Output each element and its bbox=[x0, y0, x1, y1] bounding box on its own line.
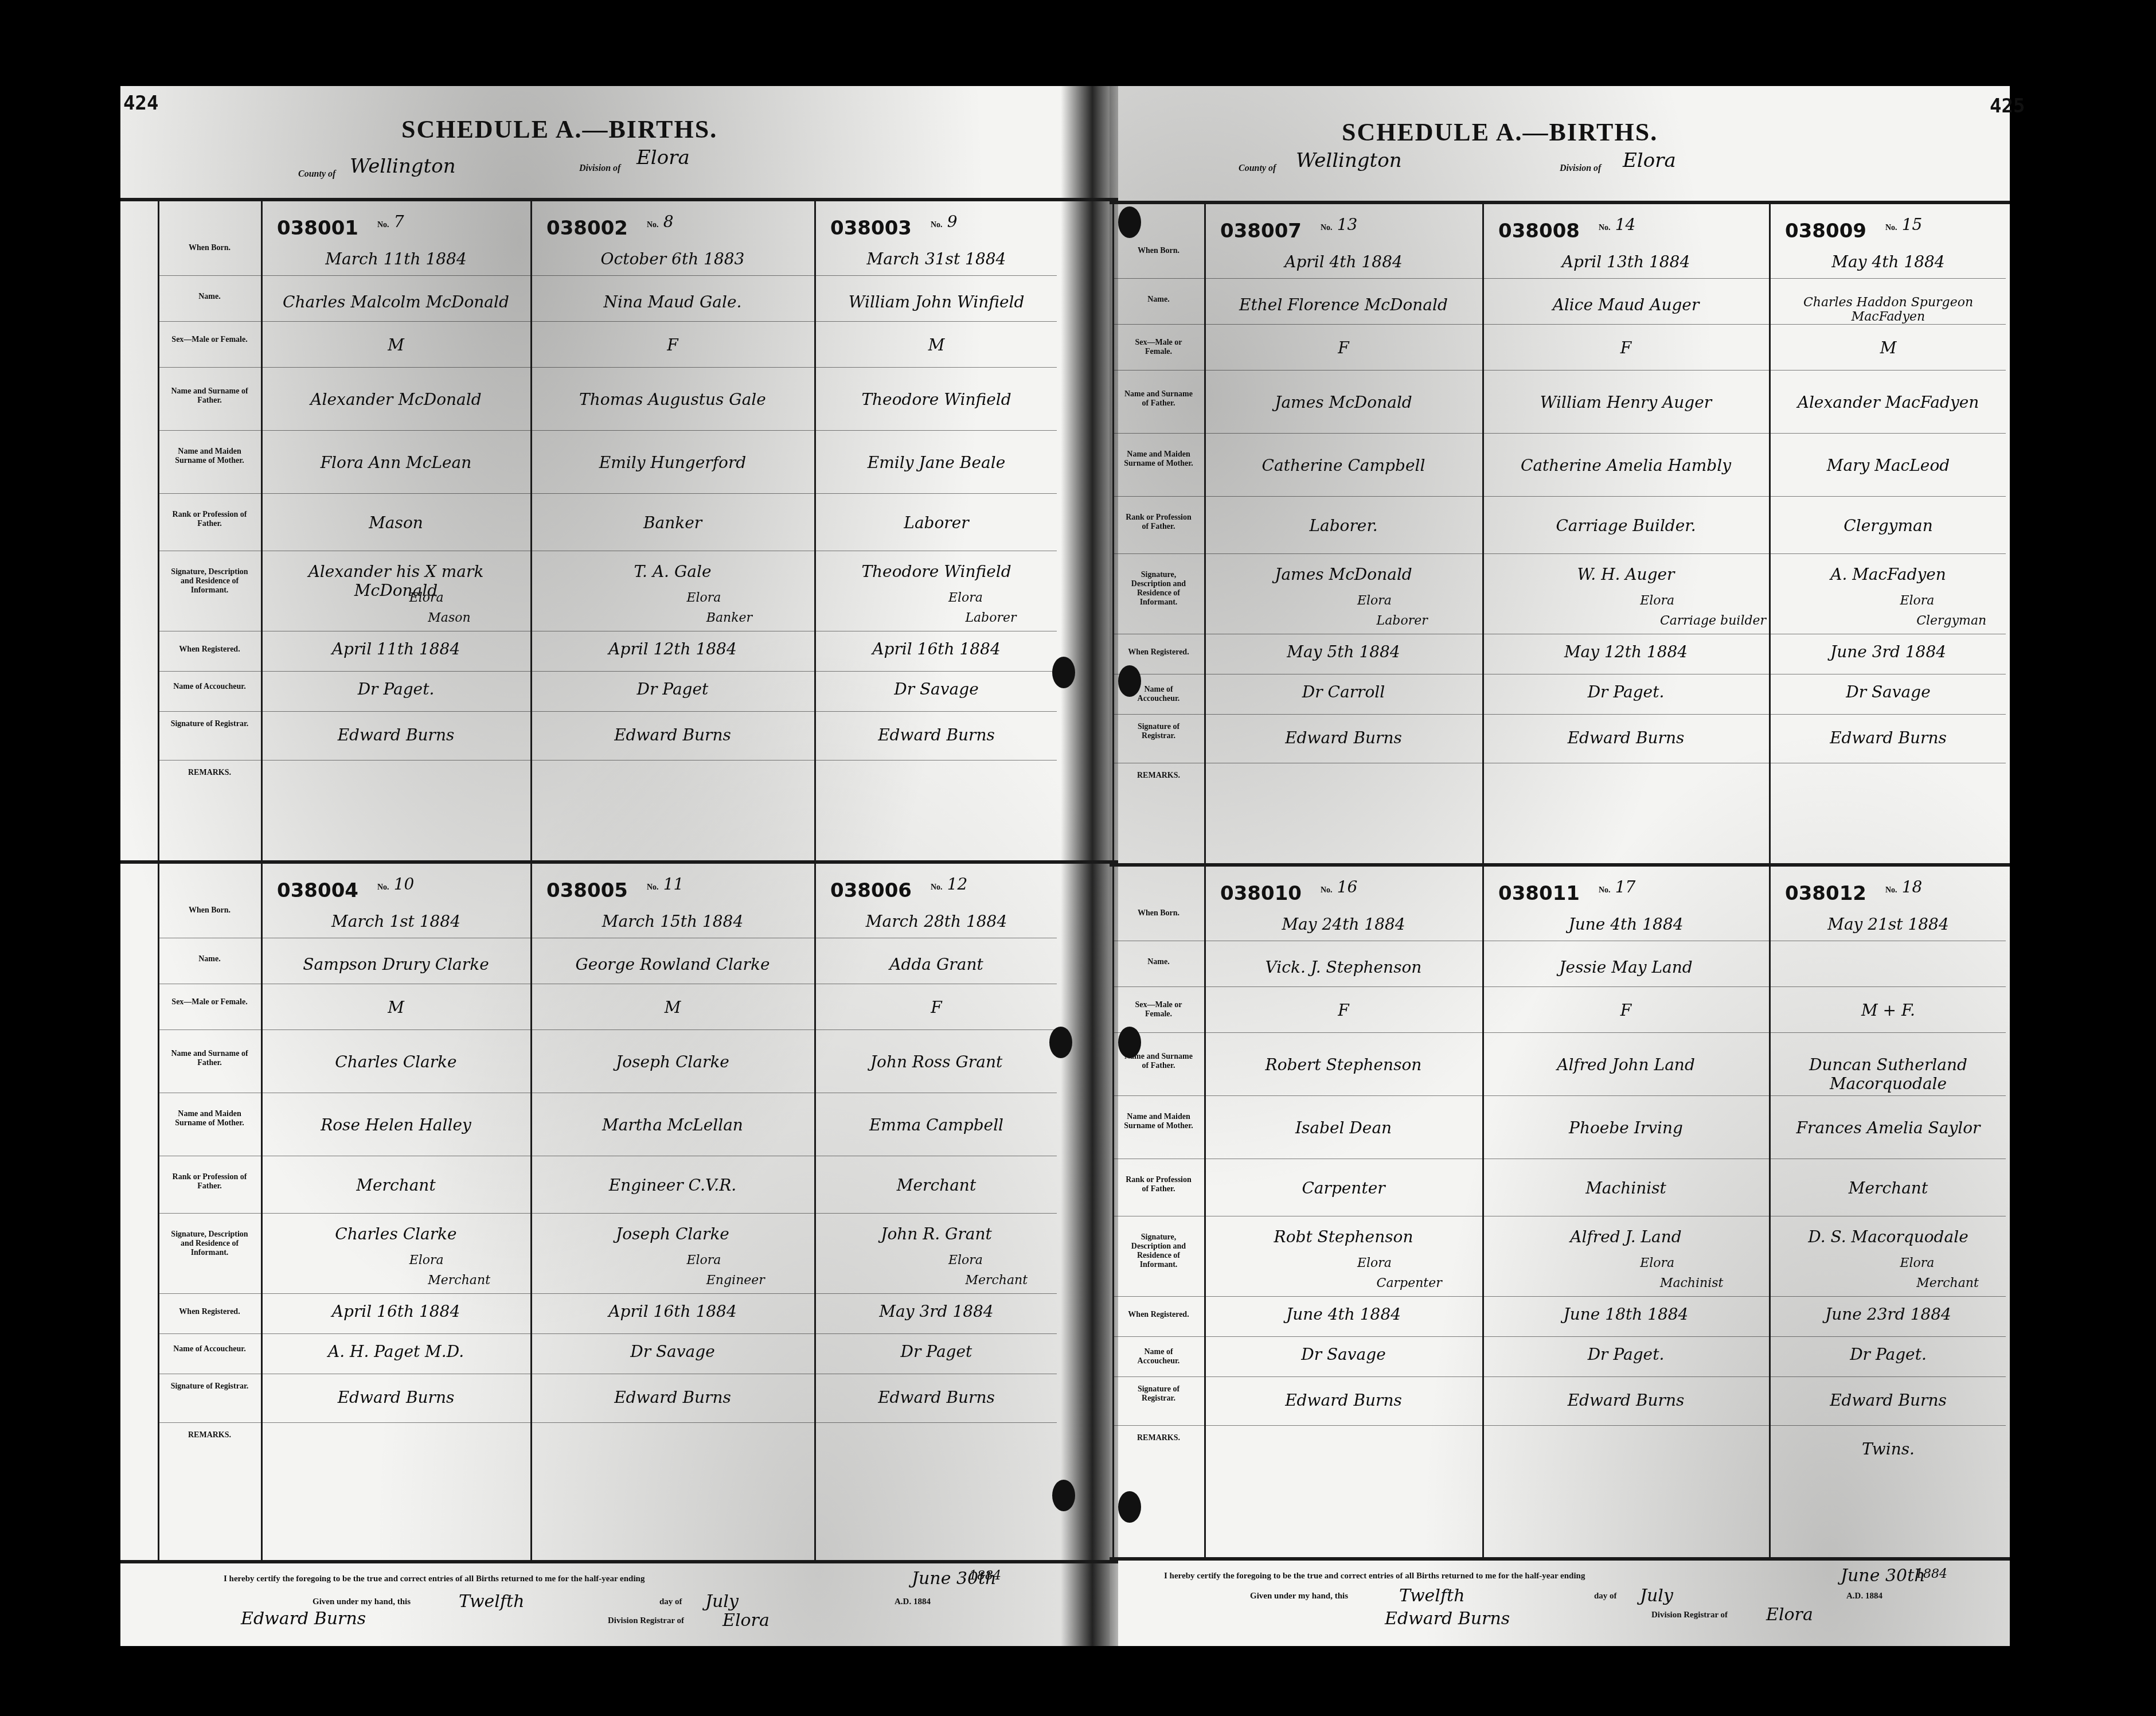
cell-when-born: April 13th 1884 bbox=[1490, 252, 1762, 271]
cell-when-registered: April 11th 1884 bbox=[268, 639, 524, 658]
cell-mother: Catherine Campbell bbox=[1212, 456, 1475, 475]
cell-registrar: Edward Burns bbox=[538, 1388, 807, 1407]
cell-name: William John Winfield bbox=[822, 292, 1051, 311]
row-label-informant-signature: Signature, Description and Residence of … bbox=[168, 568, 251, 595]
mid-rule-right bbox=[1110, 863, 2010, 867]
row-label-sex: Sex—Male or Female. bbox=[168, 336, 251, 345]
entry-number: No.13 bbox=[1321, 215, 1357, 234]
binding-hole bbox=[1049, 1027, 1072, 1058]
cell-when-registered: June 3rd 1884 bbox=[1776, 642, 2000, 661]
informant-residence: Elora bbox=[409, 1253, 444, 1267]
row-label-mother: Name and Maiden Surname of Mother. bbox=[1123, 1113, 1194, 1131]
informant-residence: Elora bbox=[1357, 594, 1392, 608]
cell-father-profession: Laborer bbox=[822, 513, 1051, 532]
row-rule bbox=[1114, 1032, 2006, 1033]
certify-text-right: I hereby certify the foregoing to be the… bbox=[1164, 1571, 1585, 1581]
cell-name: Vick. J. Stephenson bbox=[1212, 958, 1475, 977]
day-of-label-right: day of bbox=[1594, 1592, 1617, 1601]
informant-description: Laborer bbox=[965, 611, 1016, 625]
row-rule bbox=[159, 551, 1057, 551]
cell-accoucheur: Dr Savage bbox=[1212, 1345, 1475, 1364]
informant-description: Banker bbox=[706, 611, 752, 625]
county-value-right: Wellington bbox=[1296, 149, 1402, 172]
entry-number-label: No. bbox=[1599, 886, 1611, 895]
row-label-accoucheur: Name of Accoucheur. bbox=[1123, 1348, 1194, 1366]
cell-sex: F bbox=[1212, 338, 1475, 357]
entry-number: No.12 bbox=[931, 875, 967, 894]
cell-when-registered: June 23rd 1884 bbox=[1776, 1305, 2000, 1324]
cell-when-registered: May 12th 1884 bbox=[1490, 642, 1762, 661]
col-rule-right-1 bbox=[1204, 201, 1206, 1560]
cell-informant-signature: A. MacFadyen bbox=[1776, 565, 2000, 584]
given-month-left: July bbox=[705, 1592, 739, 1612]
row-rule bbox=[1114, 1336, 2006, 1337]
informant-description: Clergyman bbox=[1916, 614, 1986, 628]
row-rule bbox=[1114, 1216, 2006, 1216]
entry-number: No.18 bbox=[1885, 877, 1922, 896]
cell-sex: M bbox=[268, 336, 524, 354]
registration-number: 038004 bbox=[277, 879, 358, 902]
county-label-right: County of bbox=[1239, 163, 1276, 174]
entry-number-value: 14 bbox=[1615, 215, 1636, 234]
entry-number: No.11 bbox=[647, 875, 683, 894]
entry-number: No.14 bbox=[1599, 215, 1635, 234]
given-month-right: July bbox=[1640, 1586, 1673, 1606]
row-rule bbox=[1114, 433, 2006, 434]
cell-name: George Rowland Clarke bbox=[538, 955, 807, 974]
division-registrar-place-left: Elora bbox=[722, 1610, 770, 1631]
cell-father: William Henry Auger bbox=[1490, 393, 1762, 412]
col-rule-right-3 bbox=[1769, 201, 1771, 1560]
cell-sex: F bbox=[822, 998, 1051, 1017]
cell-father-profession: Carpenter bbox=[1212, 1179, 1475, 1198]
row-rule bbox=[1114, 634, 2006, 634]
cell-name: Charles Haddon Spurgeon MacFadyen bbox=[1776, 295, 2000, 324]
cell-mother: Mary MacLeod bbox=[1776, 456, 2000, 475]
informant-description: Merchant bbox=[1916, 1276, 1979, 1290]
cell-mother: Frances Amelia Saylor bbox=[1776, 1118, 2000, 1137]
row-rule bbox=[159, 367, 1057, 368]
division-registrar-label-right: Division Registrar of bbox=[1651, 1610, 1728, 1620]
informant-residence: Elora bbox=[1357, 1256, 1392, 1270]
page-number-right: 425 bbox=[1990, 95, 2025, 118]
row-label-accoucheur: Name of Accoucheur. bbox=[168, 1345, 251, 1354]
cell-father-profession: Merchant bbox=[822, 1176, 1051, 1195]
row-label-registrar: Signature of Registrar. bbox=[168, 720, 251, 729]
row-rule bbox=[1114, 986, 2006, 987]
cell-mother: Rose Helen Halley bbox=[268, 1116, 524, 1134]
cell-when-registered: May 3rd 1884 bbox=[822, 1302, 1051, 1321]
row-label-remarks: REMARKS. bbox=[1123, 771, 1194, 781]
footer-registrar-signature-right: Edward Burns bbox=[1385, 1609, 1510, 1629]
cell-registrar: Edward Burns bbox=[1212, 728, 1475, 747]
registration-number: 038003 bbox=[830, 217, 912, 240]
row-label-when-born: When Born. bbox=[1123, 909, 1194, 918]
registration-number: 038006 bbox=[830, 879, 912, 902]
col-rule-right-0 bbox=[1112, 201, 1114, 1560]
cell-father-profession: Clergyman bbox=[1776, 516, 2000, 535]
entry-number: No.9 bbox=[931, 212, 957, 231]
row-rule bbox=[159, 321, 1057, 322]
entry-number-value: 18 bbox=[1902, 877, 1923, 896]
division-registrar-place-right: Elora bbox=[1766, 1605, 1813, 1625]
cell-father-profession: Engineer C.V.R. bbox=[538, 1176, 807, 1195]
informant-description: Machinist bbox=[1660, 1276, 1724, 1290]
cell-registrar: Edward Burns bbox=[538, 726, 807, 744]
row-label-registrar: Signature of Registrar. bbox=[1123, 723, 1194, 741]
cell-when-born: March 28th 1884 bbox=[822, 912, 1051, 931]
row-label-when-registered: When Registered. bbox=[168, 645, 251, 654]
row-label-name: Name. bbox=[1123, 295, 1194, 305]
certify-year-right: 1884 bbox=[1915, 1567, 1947, 1581]
page-number-left: 424 bbox=[123, 92, 158, 115]
cell-sex: M bbox=[1776, 338, 2000, 357]
entry-number-value: 15 bbox=[1902, 215, 1923, 234]
row-rule bbox=[1114, 674, 2006, 674]
cell-father: Alfred John Land bbox=[1490, 1055, 1762, 1074]
cell-when-registered: April 16th 1884 bbox=[268, 1302, 524, 1321]
row-rule bbox=[159, 1333, 1057, 1334]
cell-registrar: Edward Burns bbox=[822, 1388, 1051, 1407]
entry-number-label: No. bbox=[647, 221, 659, 229]
cell-mother: Emma Campbell bbox=[822, 1116, 1051, 1134]
cell-when-born: March 11th 1884 bbox=[268, 249, 524, 268]
cell-mother: Isabel Dean bbox=[1212, 1118, 1475, 1137]
cell-registrar: Edward Burns bbox=[1490, 728, 1762, 747]
row-rule bbox=[159, 671, 1057, 672]
row-rule bbox=[159, 1374, 1057, 1374]
ad-label-left: A.D. 1884 bbox=[895, 1597, 931, 1607]
cell-sex: F bbox=[538, 336, 807, 354]
row-rule bbox=[1114, 553, 2006, 554]
row-label-name: Name. bbox=[1123, 958, 1194, 967]
cell-when-born: April 4th 1884 bbox=[1212, 252, 1475, 271]
county-label-left: County of bbox=[298, 169, 335, 180]
informant-residence: Elora bbox=[1900, 594, 1935, 608]
entry-number: No.16 bbox=[1321, 877, 1357, 896]
cell-father: Duncan Sutherland Macorquodale bbox=[1776, 1055, 2000, 1093]
registration-number: 038007 bbox=[1220, 220, 1302, 243]
cell-father: Theodore Winfield bbox=[822, 390, 1051, 409]
informant-residence: Elora bbox=[409, 591, 444, 605]
cell-father-profession: Laborer. bbox=[1212, 516, 1475, 535]
informant-residence: Elora bbox=[687, 1253, 721, 1267]
row-label-when-registered: When Registered. bbox=[1123, 648, 1194, 657]
row-label-father: Name and Surname of Father. bbox=[168, 1050, 251, 1068]
row-label-informant-signature: Signature, Description and Residence of … bbox=[1123, 1233, 1194, 1270]
row-rule bbox=[159, 1093, 1057, 1093]
informant-description: Merchant bbox=[965, 1273, 1028, 1288]
county-value-left: Wellington bbox=[350, 155, 456, 178]
cell-father-profession: Machinist bbox=[1490, 1179, 1762, 1198]
cell-father: Joseph Clarke bbox=[538, 1052, 807, 1071]
given-text-left: Given under my hand, this bbox=[313, 1597, 411, 1607]
row-label-remarks: REMARKS. bbox=[1123, 1434, 1194, 1443]
entry-number-value: 13 bbox=[1337, 215, 1358, 234]
certify-year-left: 1884 bbox=[969, 1569, 1001, 1583]
cell-registrar: Edward Burns bbox=[268, 726, 524, 744]
entry-number-label: No. bbox=[1321, 224, 1333, 232]
entry-number-value: 7 bbox=[394, 212, 404, 231]
row-label-registrar: Signature of Registrar. bbox=[1123, 1385, 1194, 1403]
top-rule-left bbox=[120, 198, 1118, 201]
row-label-when-registered: When Registered. bbox=[168, 1308, 251, 1317]
cell-name: Adda Grant bbox=[822, 955, 1051, 974]
cell-mother: Emily Jane Beale bbox=[822, 453, 1051, 472]
cell-informant-signature: Robt Stephenson bbox=[1212, 1227, 1475, 1246]
row-rule bbox=[1114, 1159, 2006, 1159]
entry-number-label: No. bbox=[1885, 224, 1897, 232]
division-label-left: Division of bbox=[579, 163, 620, 174]
division-value-right: Elora bbox=[1623, 149, 1676, 172]
cell-father-profession: Banker bbox=[538, 513, 807, 532]
cell-mother: Martha McLellan bbox=[538, 1116, 807, 1134]
cell-when-registered: April 16th 1884 bbox=[538, 1302, 807, 1321]
row-rule bbox=[1114, 1425, 2006, 1426]
row-rule bbox=[159, 1213, 1057, 1214]
informant-description: Merchant bbox=[428, 1273, 490, 1288]
cell-informant-signature: Alfred J. Land bbox=[1490, 1227, 1762, 1246]
cell-father-profession: Merchant bbox=[1776, 1179, 2000, 1198]
cell-father: James McDonald bbox=[1212, 393, 1475, 412]
entry-number-label: No. bbox=[1321, 886, 1333, 895]
row-label-mother: Name and Maiden Surname of Mother. bbox=[168, 447, 251, 466]
informant-description: Engineer bbox=[706, 1273, 765, 1288]
col-rule-right-2 bbox=[1482, 201, 1484, 1560]
cell-father: Charles Clarke bbox=[268, 1052, 524, 1071]
left-page bbox=[120, 86, 1118, 1646]
cell-accoucheur: Dr Savage bbox=[822, 680, 1051, 699]
row-label-father: Name and Surname of Father. bbox=[168, 387, 251, 405]
row-label-when-born: When Born. bbox=[168, 244, 251, 253]
informant-residence: Elora bbox=[1640, 1256, 1674, 1270]
cell-when-born: March 31st 1884 bbox=[822, 249, 1051, 268]
registration-number: 038002 bbox=[546, 217, 628, 240]
cell-registrar: Edward Burns bbox=[268, 1388, 524, 1407]
cell-informant-signature: Theodore Winfield bbox=[822, 562, 1051, 581]
given-day-left: Twelfth bbox=[459, 1592, 524, 1612]
cell-mother: Phoebe Irving bbox=[1490, 1118, 1762, 1137]
row-rule bbox=[159, 493, 1057, 494]
cell-when-registered: April 12th 1884 bbox=[538, 639, 807, 658]
row-rule bbox=[159, 631, 1057, 631]
registration-number: 038012 bbox=[1785, 882, 1866, 905]
row-label-name: Name. bbox=[168, 955, 251, 964]
cell-sex: M bbox=[822, 336, 1051, 354]
cell-registrar: Edward Burns bbox=[1490, 1391, 1762, 1410]
cell-accoucheur: Dr Paget. bbox=[1490, 682, 1762, 701]
entry-number-label: No. bbox=[377, 883, 389, 892]
row-label-informant-signature: Signature, Description and Residence of … bbox=[1123, 571, 1194, 607]
cell-informant-signature: Joseph Clarke bbox=[538, 1224, 807, 1243]
row-label-name: Name. bbox=[168, 292, 251, 302]
entry-number-value: 17 bbox=[1615, 877, 1636, 896]
row-label-remarks: REMARKS. bbox=[168, 1431, 251, 1440]
informant-description: Carriage builder bbox=[1660, 614, 1766, 628]
entry-number-label: No. bbox=[931, 883, 943, 892]
cell-informant-signature: W. H. Auger bbox=[1490, 565, 1762, 584]
cell-registrar: Edward Burns bbox=[822, 726, 1051, 744]
row-rule bbox=[159, 1293, 1057, 1294]
cell-informant-signature: Alexander his X mark McDonald bbox=[268, 562, 524, 600]
row-rule bbox=[1114, 714, 2006, 715]
cell-accoucheur: Dr Paget bbox=[538, 680, 807, 699]
col-rule-left-2 bbox=[530, 198, 532, 1563]
cell-sex: M bbox=[268, 998, 524, 1017]
informant-residence: Elora bbox=[1640, 594, 1674, 608]
binding-hole bbox=[1118, 1491, 1141, 1523]
informant-residence: Elora bbox=[687, 591, 721, 605]
row-label-informant-signature: Signature, Description and Residence of … bbox=[168, 1230, 251, 1258]
entry-number-value: 10 bbox=[394, 875, 415, 894]
bottom-rule-left bbox=[120, 1560, 1118, 1563]
cell-name: Nina Maud Gale. bbox=[538, 292, 807, 311]
row-rule bbox=[1114, 370, 2006, 370]
division-registrar-label-left: Division Registrar of bbox=[608, 1616, 684, 1626]
informant-description: Laborer bbox=[1377, 614, 1428, 628]
cell-father-profession: Carriage Builder. bbox=[1490, 516, 1762, 535]
cell-name: Charles Malcolm McDonald bbox=[268, 292, 524, 311]
entry-number-value: 9 bbox=[947, 212, 958, 231]
row-rule bbox=[159, 711, 1057, 712]
cell-accoucheur: Dr Paget bbox=[822, 1342, 1051, 1361]
cell-accoucheur: Dr Carroll bbox=[1212, 682, 1475, 701]
entry-number-label: No. bbox=[647, 883, 659, 892]
informant-residence: Elora bbox=[948, 591, 983, 605]
given-text-right: Given under my hand, this bbox=[1250, 1592, 1348, 1601]
cell-when-registered: April 16th 1884 bbox=[822, 639, 1051, 658]
row-label-when-born: When Born. bbox=[168, 906, 251, 915]
cell-accoucheur: A. H. Paget M.D. bbox=[268, 1342, 524, 1361]
cell-father: Robert Stephenson bbox=[1212, 1055, 1475, 1074]
cell-when-registered: June 4th 1884 bbox=[1212, 1305, 1475, 1324]
cell-informant-signature: T. A. Gale bbox=[538, 562, 807, 581]
entry-number-label: No. bbox=[1885, 886, 1897, 895]
cell-name: Alice Maud Auger bbox=[1490, 295, 1762, 314]
row-label-when-registered: When Registered. bbox=[1123, 1311, 1194, 1320]
cell-remarks: Twins. bbox=[1776, 1440, 2000, 1458]
given-day-right: Twelfth bbox=[1399, 1586, 1464, 1606]
cell-sex: F bbox=[1490, 1001, 1762, 1020]
row-label-father-profession: Rank or Profession of Father. bbox=[168, 1173, 251, 1191]
row-label-sex: Sex—Male or Female. bbox=[1123, 338, 1194, 357]
cell-when-registered: June 18th 1884 bbox=[1490, 1305, 1762, 1324]
row-rule bbox=[159, 1029, 1057, 1030]
cell-informant-signature: Charles Clarke bbox=[268, 1224, 524, 1243]
row-label-accoucheur: Name of Accoucheur. bbox=[168, 682, 251, 692]
cell-sex: M + F. bbox=[1776, 1001, 2000, 1020]
registration-number: 038008 bbox=[1498, 220, 1580, 243]
row-rule bbox=[1114, 763, 2006, 763]
informant-residence: Elora bbox=[1900, 1256, 1935, 1270]
schedule-title-right: SCHEDULE A.—BIRTHS. bbox=[1342, 118, 1658, 147]
binding-hole bbox=[1052, 1480, 1075, 1511]
row-rule bbox=[159, 938, 1057, 938]
cell-registrar: Edward Burns bbox=[1776, 1391, 2000, 1410]
cell-accoucheur: Dr Paget. bbox=[1490, 1345, 1762, 1364]
entry-number-label: No. bbox=[1599, 224, 1611, 232]
cell-sex: F bbox=[1212, 1001, 1475, 1020]
row-label-sex: Sex—Male or Female. bbox=[1123, 1001, 1194, 1019]
entry-number: No.10 bbox=[377, 875, 414, 894]
cell-father: John Ross Grant bbox=[822, 1052, 1051, 1071]
row-label-father-profession: Rank or Profession of Father. bbox=[168, 510, 251, 529]
row-rule bbox=[159, 1156, 1057, 1156]
cell-when-born: March 15th 1884 bbox=[538, 912, 807, 931]
division-value-left: Elora bbox=[636, 146, 690, 169]
schedule-title-left: SCHEDULE A.—BIRTHS. bbox=[401, 115, 717, 144]
row-rule bbox=[1114, 1296, 2006, 1297]
cell-when-born: May 21st 1884 bbox=[1776, 915, 2000, 934]
row-rule bbox=[159, 760, 1057, 760]
row-rule bbox=[1114, 1095, 2006, 1096]
cell-informant-signature: James McDonald bbox=[1212, 565, 1475, 584]
cell-informant-signature: D. S. Macorquodale bbox=[1776, 1227, 2000, 1246]
col-rule-left-1 bbox=[261, 198, 263, 1563]
cell-name: Sampson Drury Clarke bbox=[268, 955, 524, 974]
col-rule-left-3 bbox=[814, 198, 816, 1563]
row-label-father-profession: Rank or Profession of Father. bbox=[1123, 513, 1194, 532]
row-label-mother: Name and Maiden Surname of Mother. bbox=[168, 1110, 251, 1128]
cell-sex: F bbox=[1490, 338, 1762, 357]
row-label-father-profession: Rank or Profession of Father. bbox=[1123, 1176, 1194, 1194]
row-rule bbox=[1114, 324, 2006, 325]
cell-informant-signature: John R. Grant bbox=[822, 1224, 1051, 1243]
row-label-when-born: When Born. bbox=[1123, 247, 1194, 256]
bottom-rule-right bbox=[1110, 1557, 2010, 1561]
cell-mother: Emily Hungerford bbox=[538, 453, 807, 472]
cell-accoucheur: Dr Savage bbox=[1776, 682, 2000, 701]
cell-father-profession: Merchant bbox=[268, 1176, 524, 1195]
binding-hole bbox=[1052, 657, 1075, 688]
entry-number-value: 8 bbox=[663, 212, 674, 231]
row-label-mother: Name and Maiden Surname of Mother. bbox=[1123, 450, 1194, 469]
cell-accoucheur: Dr Savage bbox=[538, 1342, 807, 1361]
binding-hole bbox=[1118, 206, 1141, 238]
cell-sex: M bbox=[538, 998, 807, 1017]
ad-label-right: A.D. 1884 bbox=[1846, 1592, 1882, 1601]
row-label-father: Name and Surname of Father. bbox=[1123, 1052, 1194, 1071]
entry-number-value: 16 bbox=[1337, 877, 1358, 896]
row-label-father: Name and Surname of Father. bbox=[1123, 390, 1194, 408]
cell-name: Jessie May Land bbox=[1490, 958, 1762, 977]
cell-when-born: May 24th 1884 bbox=[1212, 915, 1475, 934]
registration-number: 038011 bbox=[1498, 882, 1580, 905]
row-label-remarks: REMARKS. bbox=[168, 769, 251, 778]
cell-accoucheur: Dr Paget. bbox=[268, 680, 524, 699]
col-rule-left-0 bbox=[158, 198, 159, 1563]
cell-mother: Catherine Amelia Hambly bbox=[1490, 456, 1762, 475]
entry-number-value: 12 bbox=[947, 875, 968, 894]
entry-number: No.17 bbox=[1599, 877, 1635, 896]
cell-father-profession: Mason bbox=[268, 513, 524, 532]
cell-father: Thomas Augustus Gale bbox=[538, 390, 807, 409]
cell-father: Alexander McDonald bbox=[268, 390, 524, 409]
cell-when-born: May 4th 1884 bbox=[1776, 252, 2000, 271]
row-rule bbox=[159, 984, 1057, 984]
division-label-right: Division of bbox=[1560, 163, 1601, 174]
informant-description: Carpenter bbox=[1377, 1276, 1442, 1290]
cell-when-born: June 4th 1884 bbox=[1490, 915, 1762, 934]
cell-when-born: October 6th 1883 bbox=[538, 249, 807, 268]
entry-number-label: No. bbox=[931, 221, 943, 229]
registration-number: 038009 bbox=[1785, 220, 1866, 243]
row-label-registrar: Signature of Registrar. bbox=[168, 1382, 251, 1391]
entry-number-value: 11 bbox=[663, 875, 684, 894]
cell-father: Alexander MacFadyen bbox=[1776, 393, 2000, 412]
certify-text-left: I hereby certify the foregoing to be the… bbox=[224, 1574, 645, 1584]
half-year-ending-right: June 30th bbox=[1841, 1566, 1925, 1586]
